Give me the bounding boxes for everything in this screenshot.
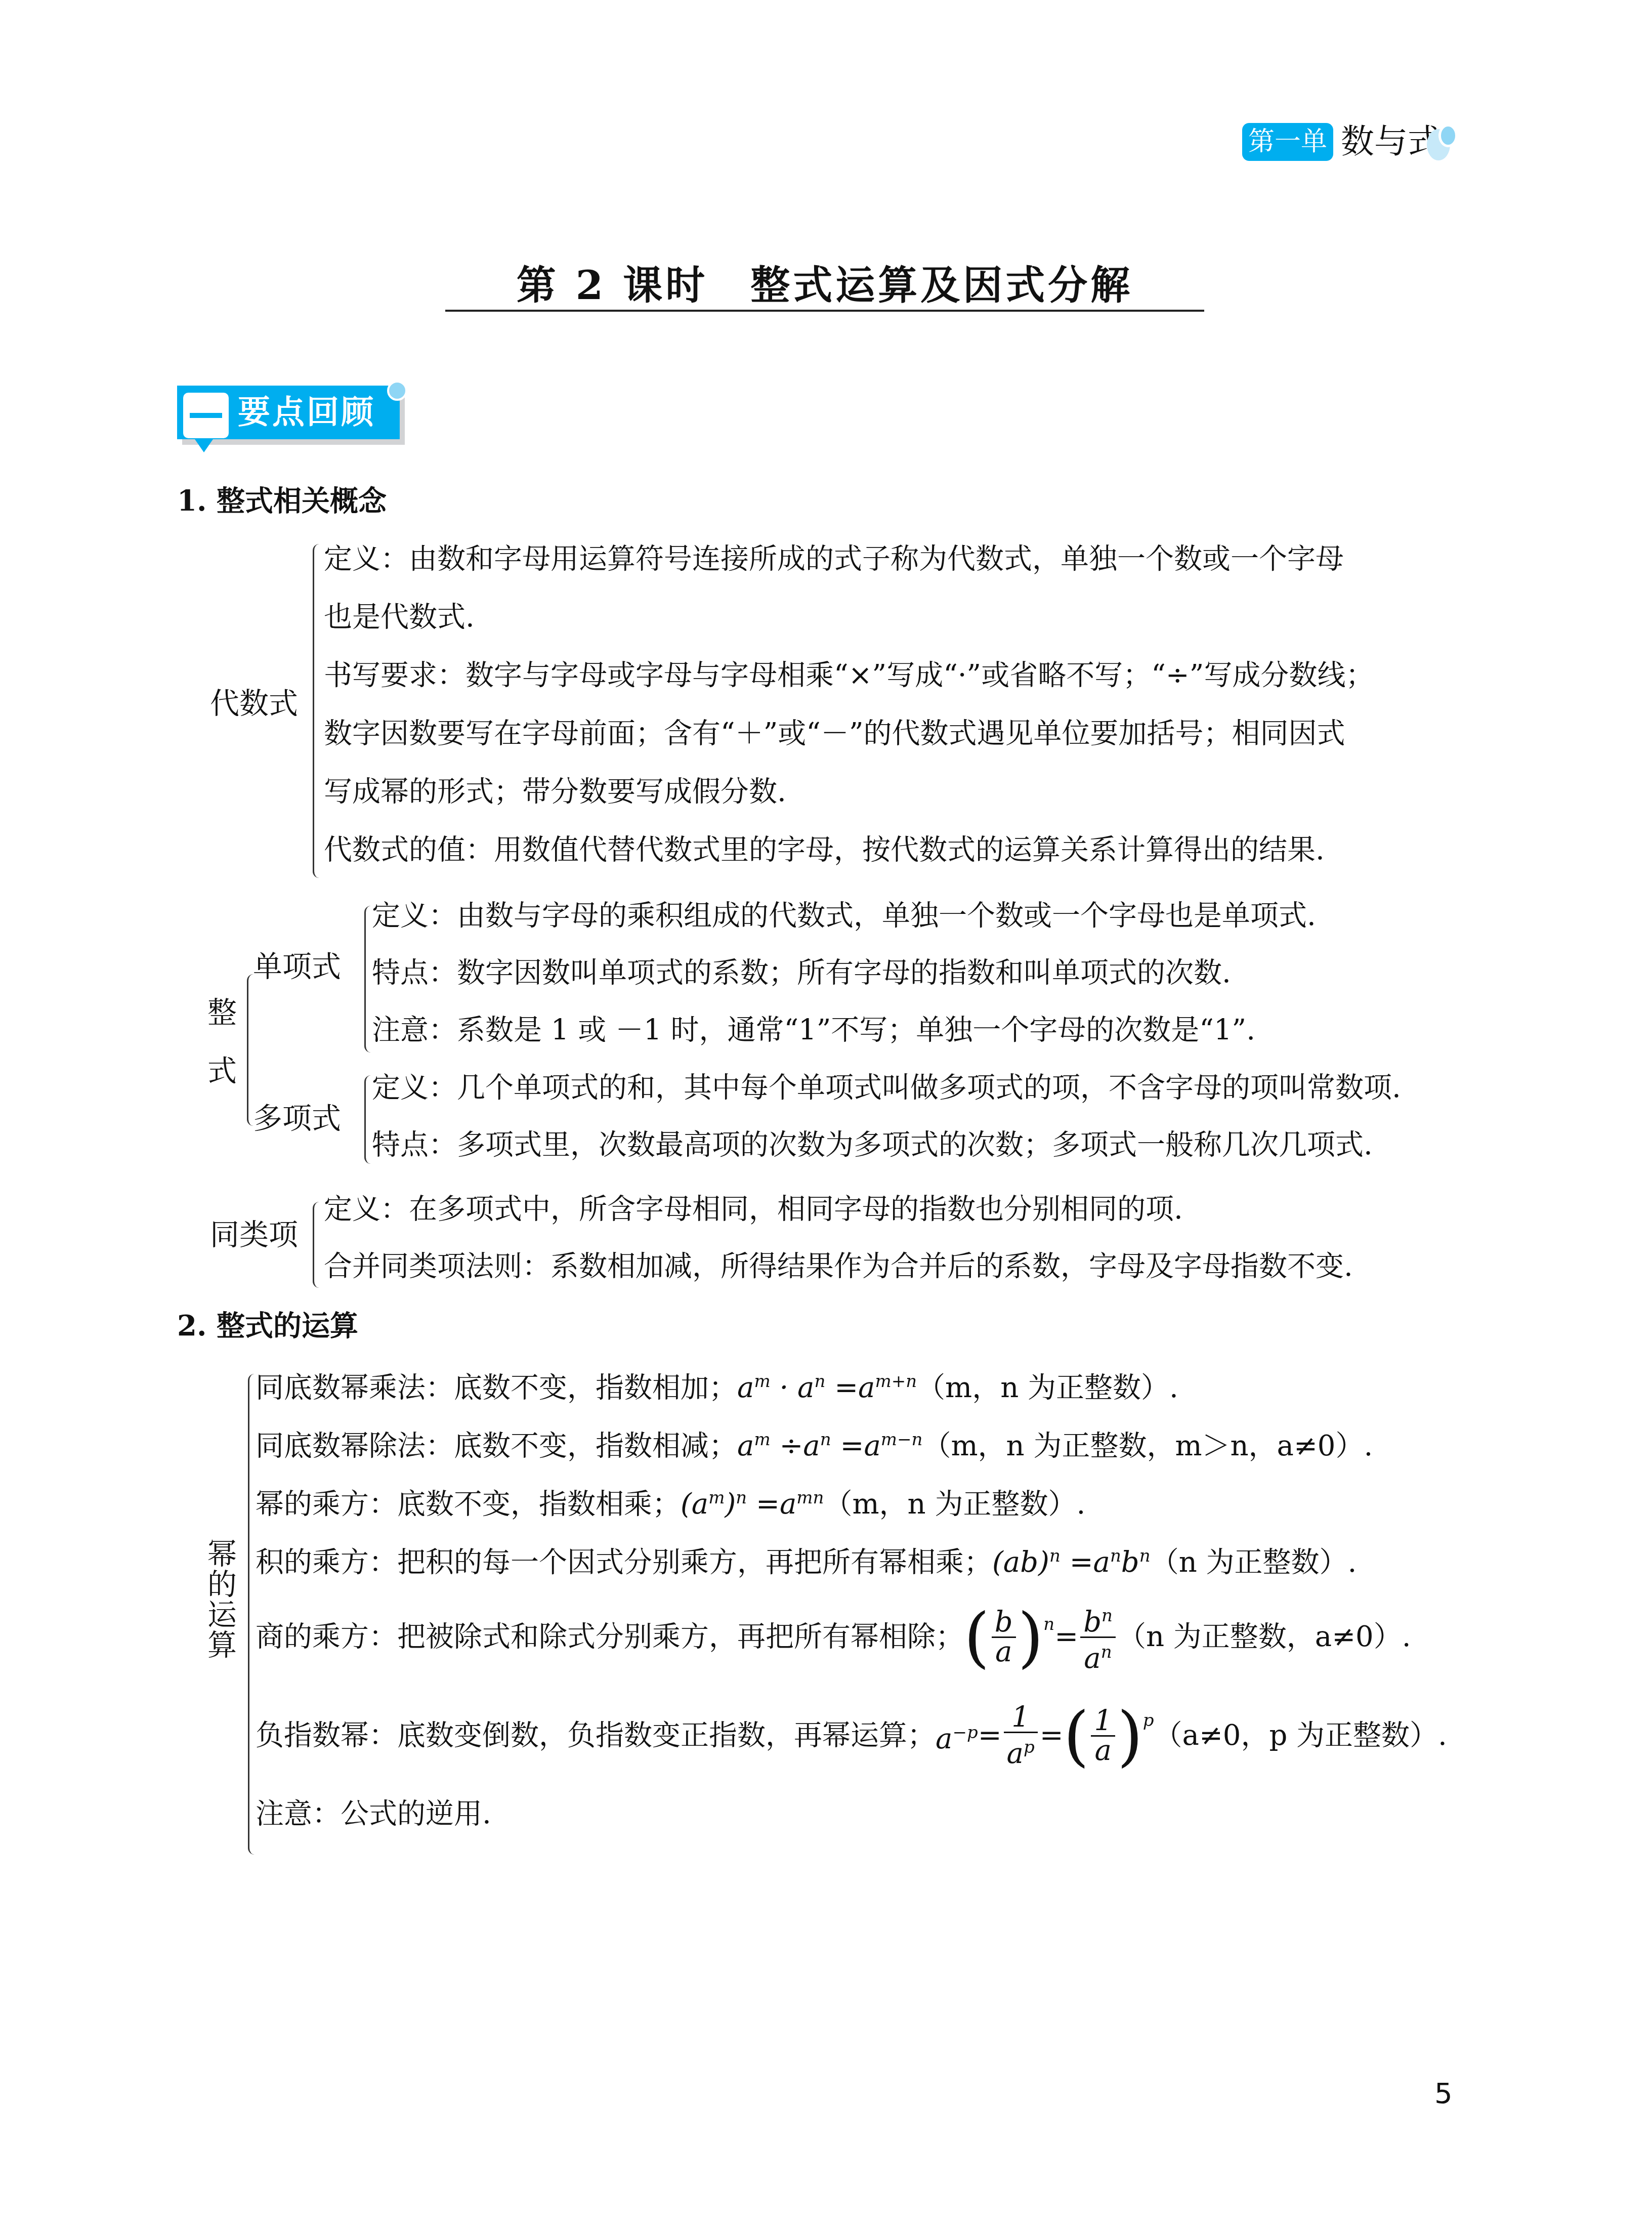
unit-badge: 第一单元 xyxy=(1242,123,1333,161)
danxiangshi-line: 定义：由数与字母的乘积组成的代数式，单独一个数或一个字母也是单项式. xyxy=(372,896,1316,936)
tongleixiang-line: 合并同类项法则：系数相加减，所得结果作为合并后的系数，字母及字母指数不变. xyxy=(324,1246,1353,1287)
rule-line: 幂的乘方：底数不变，指数相乘；(am)n =amn（m，n 为正整数）. xyxy=(256,1478,1085,1525)
rule-line: 商的乘方：把被除式和除式分别乘方，再把所有幂相除； (ba)n =bnan （n… xyxy=(256,1604,1411,1670)
rule-condition: （m，n 为正整数）. xyxy=(824,1488,1086,1521)
daishushi-line: 写成幂的形式；带分数要写成假分数. xyxy=(324,772,786,812)
rule-condition: （n 为正整数）. xyxy=(1151,1546,1357,1579)
brace xyxy=(313,544,319,878)
zhengshi-label: 整 xyxy=(206,997,238,1028)
group-label-char: 的 xyxy=(206,1569,238,1600)
rule-line: 同底数幂除法：底数不变，指数相减；am ÷an =am−n（m，n 为正整数，m… xyxy=(256,1419,1373,1466)
unit-name: 数与式 xyxy=(1341,119,1441,164)
section-tag-tail xyxy=(195,439,213,452)
group-label-char: 幂 xyxy=(206,1538,238,1570)
rule-condition: （m，n 为正整数，m＞n，a≠0）. xyxy=(922,1430,1373,1462)
rule-line: 积的乘方：把积的每一个因式分别乘方，再把所有幂相乘；(ab)n =anbn（n … xyxy=(256,1536,1357,1583)
danxiangshi-line: 注意：系数是 1 或 －1 时，通常“1”不写；单独一个字母的次数是“1”. xyxy=(372,1010,1255,1051)
duoxiangshi-line: 特点：多项式里，次数最高项的次数为多项式的次数；多项式一般称几次几项式. xyxy=(372,1125,1373,1165)
section-label: 要点回顾 xyxy=(238,386,375,439)
rule-text: 同底数幂除法：底数不变，指数相减； xyxy=(256,1430,737,1462)
rule-condition: （a≠0，p 为正整数）. xyxy=(1154,1715,1447,1756)
section-dot-icon xyxy=(387,381,407,401)
tongleixiang-label: 同类项 xyxy=(210,1214,298,1255)
brace xyxy=(313,1202,319,1288)
duoxiangshi-line: 定义：几个单项式的和，其中每个单项式叫做多项式的项，不含字母的项叫常数项. xyxy=(372,1068,1401,1108)
daishushi-line: 书写要求：数字与字母或字母与字母相乘“×”写成“·”或省略不写；“÷”写成分数线… xyxy=(324,655,1374,696)
duoxiangshi-label: 多项式 xyxy=(253,1098,341,1139)
daishushi-line: 数字因数要写在字母前面；含有“＋”或“－”的代数式遇见单位要加括号；相同因式 xyxy=(324,713,1345,754)
group-label-char: 算 xyxy=(206,1629,238,1661)
group-label-char: 运 xyxy=(206,1599,238,1630)
danxiangshi-label: 单项式 xyxy=(253,946,341,987)
rule-text: 商的乘方：把被除式和除式分别乘方，再把所有幂相除； xyxy=(256,1617,964,1657)
zhengshi-label: 式 xyxy=(206,1055,238,1086)
danxiangshi-line: 特点：数字因数叫单项式的系数；所有字母的指数和叫单项式的次数. xyxy=(372,953,1231,993)
rule-condition: （n 为正整数，a≠0）. xyxy=(1118,1617,1411,1657)
daishushi-line: 定义：由数和字母用运算符号连接所成的式子称为代数式，单独一个数或一个字母 xyxy=(324,539,1344,579)
rule-condition: （m，n 为正整数）. xyxy=(917,1371,1178,1404)
rule-line: 负指数幂：底数变倒数，负指数变正指数，再幂运算； a−p=1ap= (1a)p … xyxy=(256,1700,1447,1771)
rule-text: 负指数幂：底数变倒数，负指数变正指数，再幂运算； xyxy=(256,1715,936,1756)
part1-heading: 1. 整式相关概念 xyxy=(177,481,387,521)
rule-text: 积的乘方：把积的每一个因式分别乘方，再把所有幂相乘； xyxy=(256,1546,992,1579)
brace xyxy=(364,906,371,1053)
bubble-icon-small xyxy=(1438,124,1458,147)
tongleixiang-line: 定义：在多项式中，所含字母相同，相同字母的指数也分别相同的项. xyxy=(324,1189,1183,1230)
brace xyxy=(364,1075,371,1164)
section-number-icon xyxy=(183,393,229,438)
rule-line: 同底数幂乘法：底数不变，指数相加；am · an =am+n（m，n 为正整数）… xyxy=(256,1361,1178,1408)
daishushi-label: 代数式 xyxy=(210,683,298,724)
daishushi-line: 代数式的值：用数值代替代数式里的字母，按代数式的运算关系计算得出的结果. xyxy=(324,830,1325,870)
rule-text: 同底数幂乘法：底数不变，指数相加； xyxy=(256,1371,737,1404)
lesson-title: 第 2 课时 整式运算及因式分解 xyxy=(445,258,1204,314)
rule-text: 幂的乘方：底数不变，指数相乘； xyxy=(256,1488,681,1521)
daishushi-line: 也是代数式. xyxy=(324,597,475,638)
rule-line: 注意：公式的逆用. xyxy=(256,1794,491,1834)
page-number: 5 xyxy=(1434,2077,1453,2110)
part2-heading: 2. 整式的运算 xyxy=(177,1306,358,1346)
title-underline xyxy=(445,310,1204,312)
brace xyxy=(248,1374,255,1855)
